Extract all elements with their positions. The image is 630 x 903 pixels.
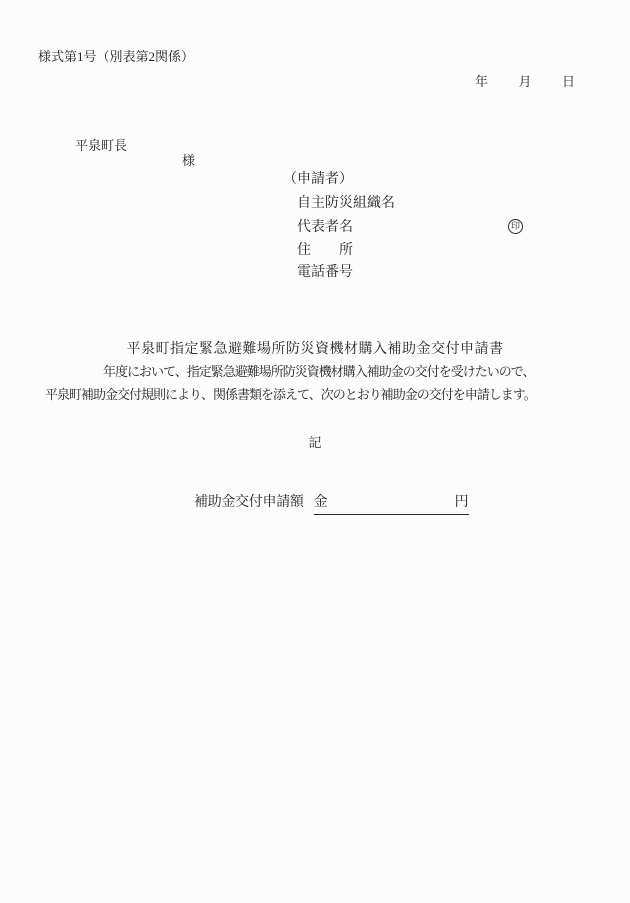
addressee-honorific: 様	[182, 153, 195, 168]
amount-currency-suffix: 円	[455, 495, 469, 510]
amount-label: 補助金交付申請額	[194, 495, 304, 510]
applicant-phone-label: 電話番号	[297, 265, 353, 281]
addressee-line: 平泉町長 様	[62, 124, 195, 184]
amount-currency-prefix: 金	[314, 495, 328, 510]
applicant-organization-label: 自主防災組織名	[297, 196, 395, 212]
seal-mark-text: 印	[511, 222, 520, 231]
date-line: 年 月 日	[475, 75, 575, 90]
record-marker: 記	[0, 436, 630, 451]
body-text-line-1: 年度において、指定緊急避難場所防災資機材購入補助金の交付を受けたいので、	[103, 365, 534, 380]
body-text-line-2: 平泉町補助金交付規則により、関係書類を添えて、次のとおり補助金の交付を申請します…	[45, 388, 536, 403]
day-label: 日	[562, 75, 575, 90]
applicant-representative-label: 代表者名	[297, 220, 353, 236]
document-page: 様式第1号（別表第2関係） 年 月 日 平泉町長 様 （申請者） 自主防災組織名…	[0, 0, 630, 903]
applicant-address-label: 住 所	[297, 243, 353, 259]
amount-underlined-field: 金円	[314, 495, 469, 515]
seal-icon: 印	[508, 219, 523, 234]
amount-line: 補助金交付申請額金円	[180, 479, 469, 531]
year-label: 年	[475, 75, 488, 90]
month-label: 月	[518, 75, 531, 90]
addressee-name: 平泉町長	[75, 138, 127, 153]
applicant-section-header: （申請者）	[283, 172, 353, 188]
document-title: 平泉町指定緊急避難場所防災資機材購入補助金交付申請書	[0, 342, 630, 358]
form-number: 様式第1号（別表第2関係）	[38, 50, 194, 65]
